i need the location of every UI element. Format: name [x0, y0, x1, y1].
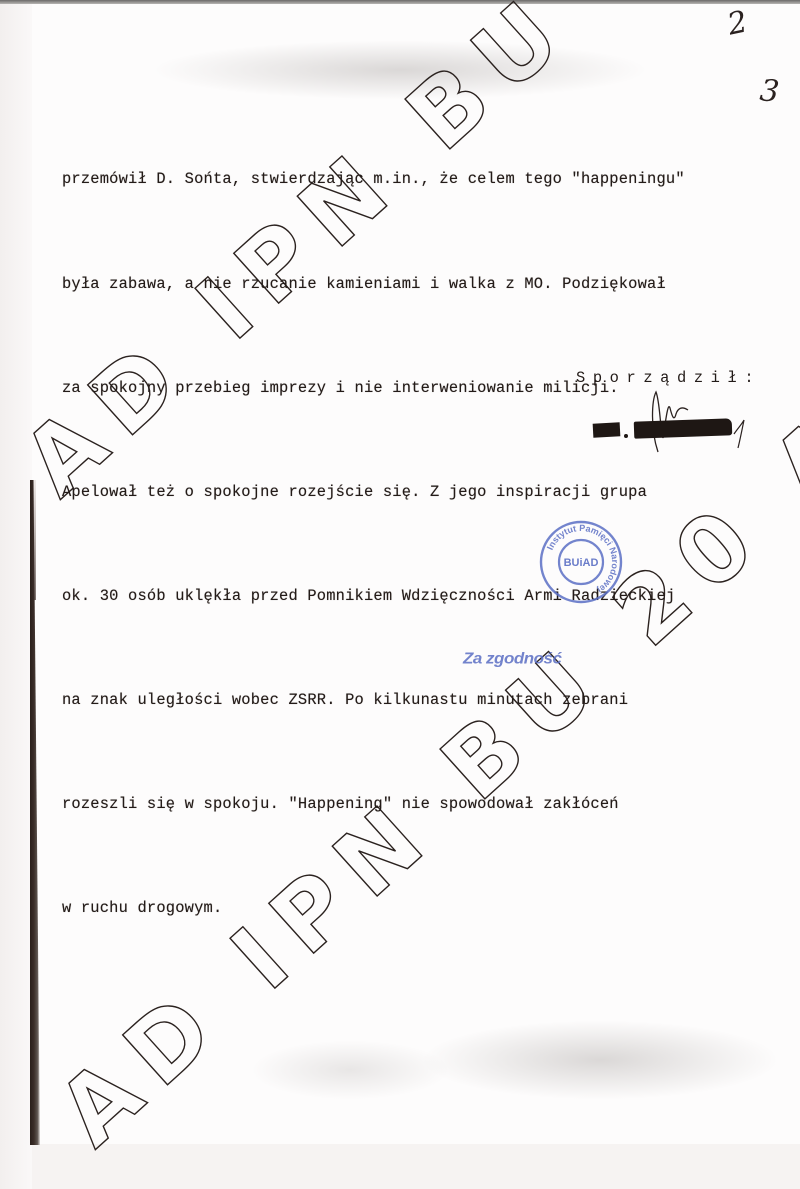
conformity-stamp: Za zgodność: [463, 650, 561, 668]
photocopy-noise: [420, 1020, 780, 1100]
body-line: w ruchu drogowym.: [62, 891, 685, 926]
photocopy-noise: [150, 40, 650, 100]
redaction-bar-surname: [634, 418, 733, 438]
body-line: Apelował też o spokojne rozejście się. Z…: [62, 475, 685, 510]
ipn-circular-stamp: Instytut Pamięci Narodowej BUiAD: [538, 519, 624, 605]
handwritten-page-number: 3: [758, 73, 781, 110]
body-line: rozeszli się w spokoju. "Happening" nie …: [62, 787, 685, 822]
body-line: na znak uległości wobec ZSRR. Po kilkuna…: [62, 683, 685, 718]
signature-label: Sporządził:: [576, 369, 761, 387]
stamp-center-text: BUiAD: [564, 557, 599, 569]
body-line: była zabawa, a nie rzucanie kamieniami i…: [62, 267, 685, 302]
body-line: przemówił D. Sońta, stwierdzając m.in., …: [62, 162, 685, 197]
redaction-dot: [624, 434, 628, 438]
photocopy-noise: [250, 1040, 450, 1100]
handwritten-mark: [734, 420, 744, 448]
redaction-bar-initial: [593, 422, 621, 437]
scan-left-margin: [0, 4, 32, 1189]
